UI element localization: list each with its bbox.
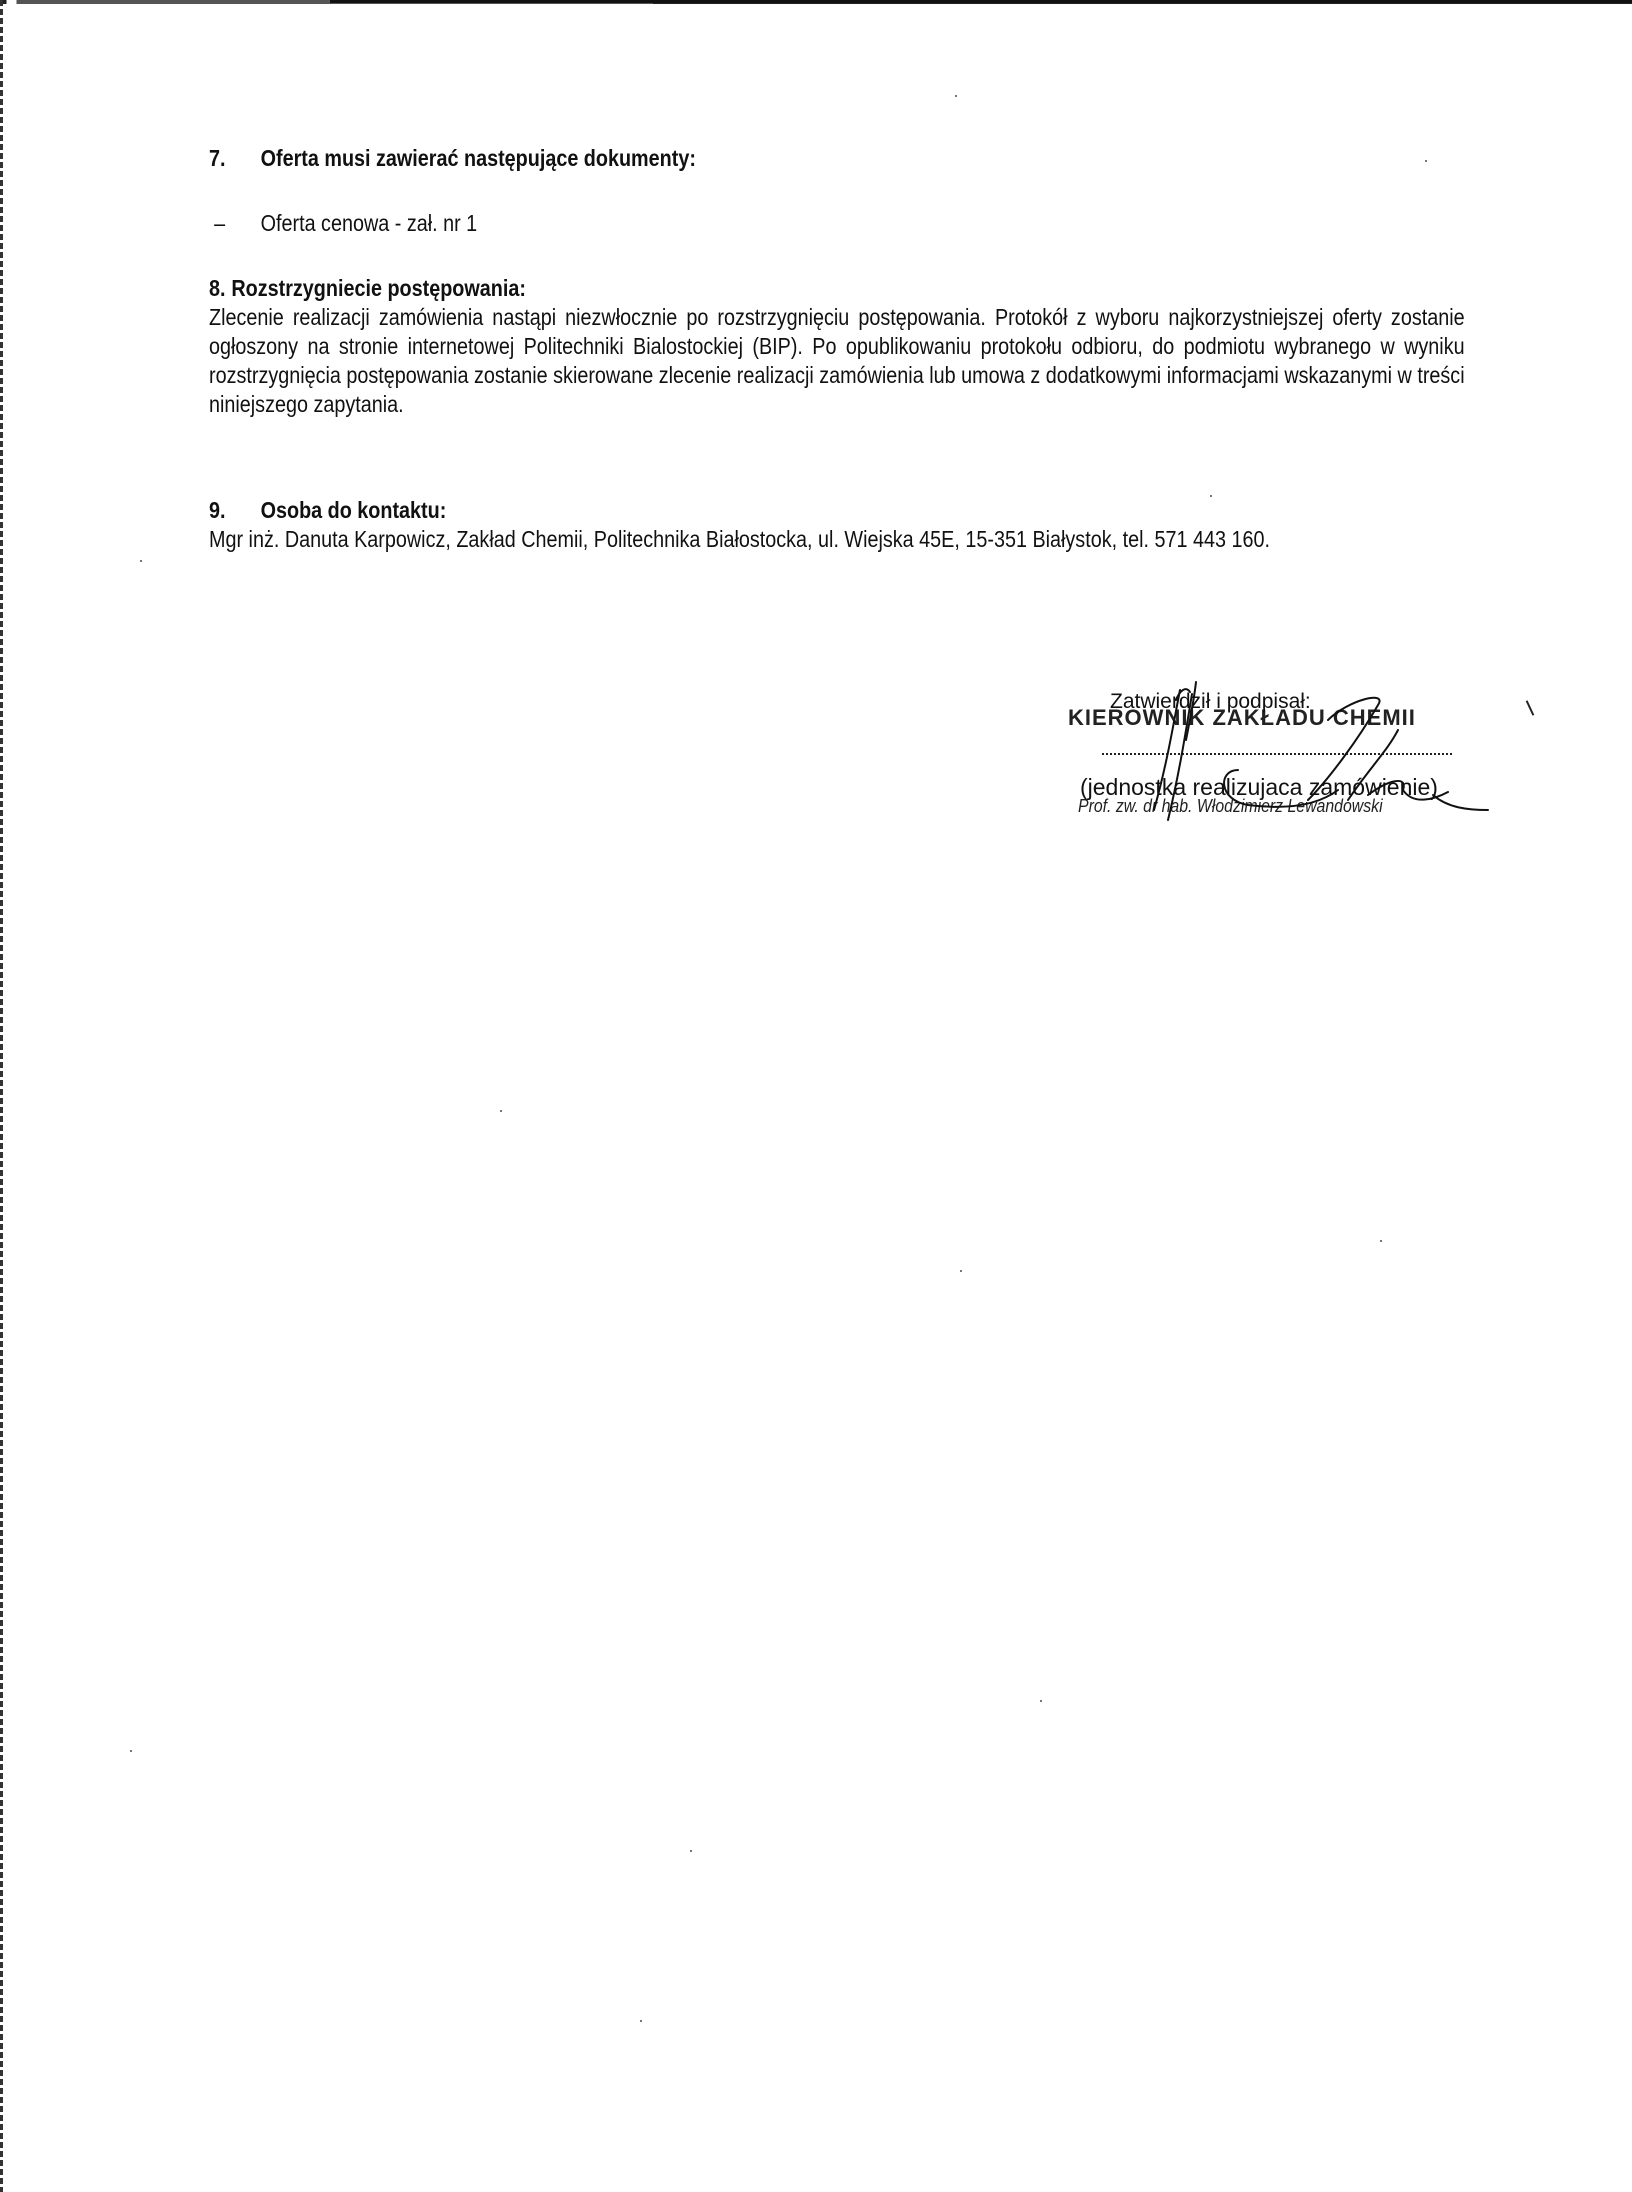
scan-speck [500, 1110, 502, 1112]
bullet-dash: – [209, 209, 261, 238]
signature-block: KIEROWNIK ZAKŁADU CHEMII Zatwierdził i p… [1068, 690, 1488, 840]
scan-speck [140, 560, 142, 562]
scan-speck [1210, 495, 1212, 497]
section-number: 8. [209, 274, 231, 303]
section-paragraph: Zlecenie realizacji zamówienia nastąpi n… [209, 303, 1465, 419]
list-item-text: Oferta cenowa - zał. nr 1 [261, 210, 478, 236]
section-heading: Oferta musi zawierać następujące dokumen… [261, 145, 696, 171]
handwritten-signature-icon [1068, 660, 1528, 830]
section-number: 9. [209, 496, 261, 525]
contact-paragraph: Mgr inż. Danuta Karpowicz, Zakład Chemii… [209, 525, 1293, 554]
document-page: 7.Oferta musi zawierać następujące dokum… [0, 0, 1632, 2192]
section-7: 7.Oferta musi zawierać następujące dokum… [209, 144, 1293, 173]
scan-speck [1425, 160, 1427, 162]
section-heading: Osoba do kontaktu: [261, 497, 447, 523]
scan-speck [960, 1270, 962, 1272]
scan-speck [955, 95, 957, 97]
section-heading: Rozstrzygniecie postępowania: [231, 275, 526, 301]
scan-speck [690, 1850, 692, 1852]
section-7-item: –Oferta cenowa - zał. nr 1 [209, 209, 1293, 238]
scan-speck [640, 2020, 642, 2022]
section-9: 9.Osoba do kontaktu: Mgr inż. Danuta Kar… [209, 496, 1293, 554]
scan-speck [1380, 1240, 1382, 1242]
section-8: 8.Rozstrzygniecie postępowania: Zlecenie… [209, 274, 1293, 419]
section-number: 7. [209, 144, 261, 173]
scan-speck [1040, 1700, 1042, 1702]
scan-speck [130, 1750, 132, 1752]
